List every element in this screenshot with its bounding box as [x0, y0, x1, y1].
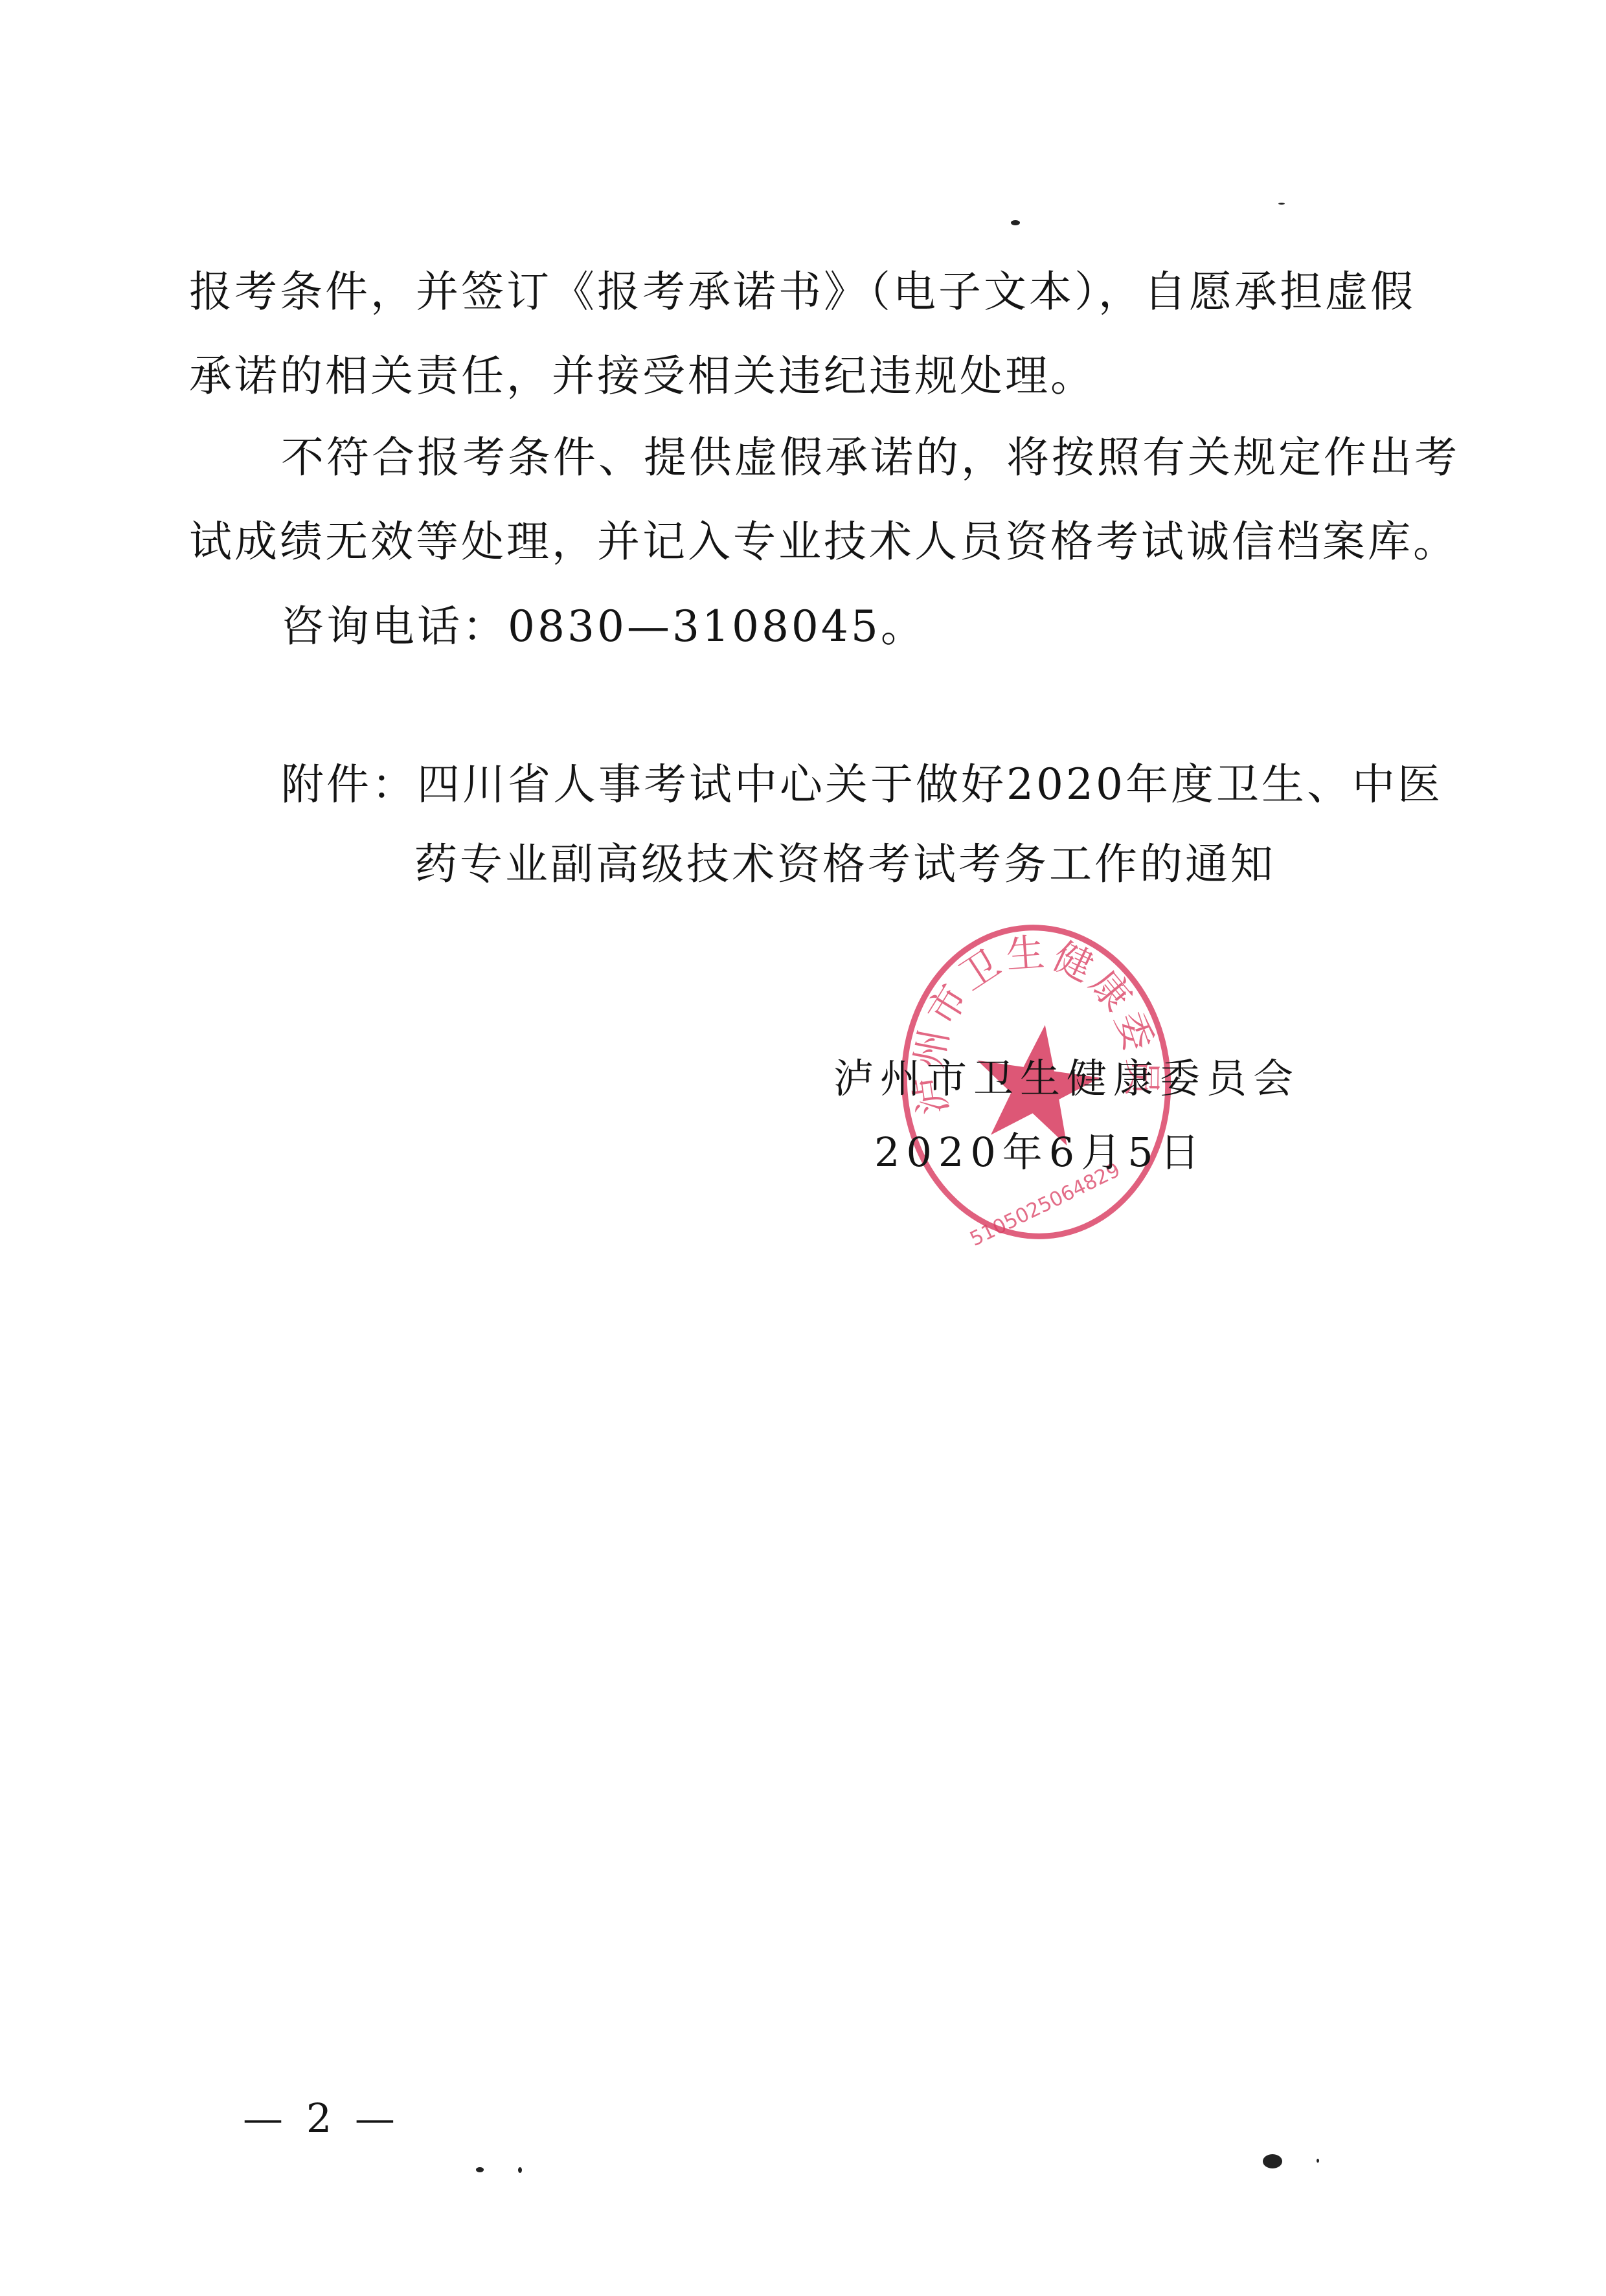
signature-date: 2020年6月5日: [874, 1127, 1206, 1178]
attachment-line-2: 药专业副高级技术资格考试考务工作的通知: [414, 838, 1276, 890]
attachment-label: 附件：: [281, 760, 417, 809]
attachment-line-1: 附件：四川省人事考试中心关于做好2020年度卫生、中医: [281, 759, 1384, 811]
paragraph-2-line-1: 不符合报考条件、提供虚假承诺的，将按照有关规定作出考: [281, 432, 1384, 484]
attachment-title-part-1: 四川省人事考试中心关于做好2020年度卫生、中医: [417, 760, 1443, 809]
paragraph-2-line-2: 试成绩无效等处理，并记入专业技术人员资格考试诚信档案库。: [189, 516, 1384, 568]
page-number: — 2 —: [243, 2093, 400, 2144]
paragraph-1-line-2: 承诺的相关责任，并接受相关违纪违规处理。: [189, 350, 1384, 402]
signature-organization: 泸州市卫生健康委员会: [833, 1053, 1300, 1105]
consult-phone-line: 咨询电话：0830—3108045。: [281, 601, 926, 653]
paragraph-1-line-1: 报考条件，并签订《报考承诺书》（电子文本），自愿承担虚假: [189, 266, 1384, 318]
scan-speck: [1263, 2154, 1282, 2168]
scan-speck: [1317, 2159, 1319, 2163]
scan-speck: [1011, 220, 1020, 225]
scan-speck: [518, 2167, 522, 2173]
document-page: 报考条件，并签订《报考承诺书》（电子文本），自愿承担虚假 承诺的相关责任，并接受…: [0, 0, 1606, 2296]
scan-speck: [1278, 203, 1285, 205]
scan-speck: [476, 2167, 484, 2172]
